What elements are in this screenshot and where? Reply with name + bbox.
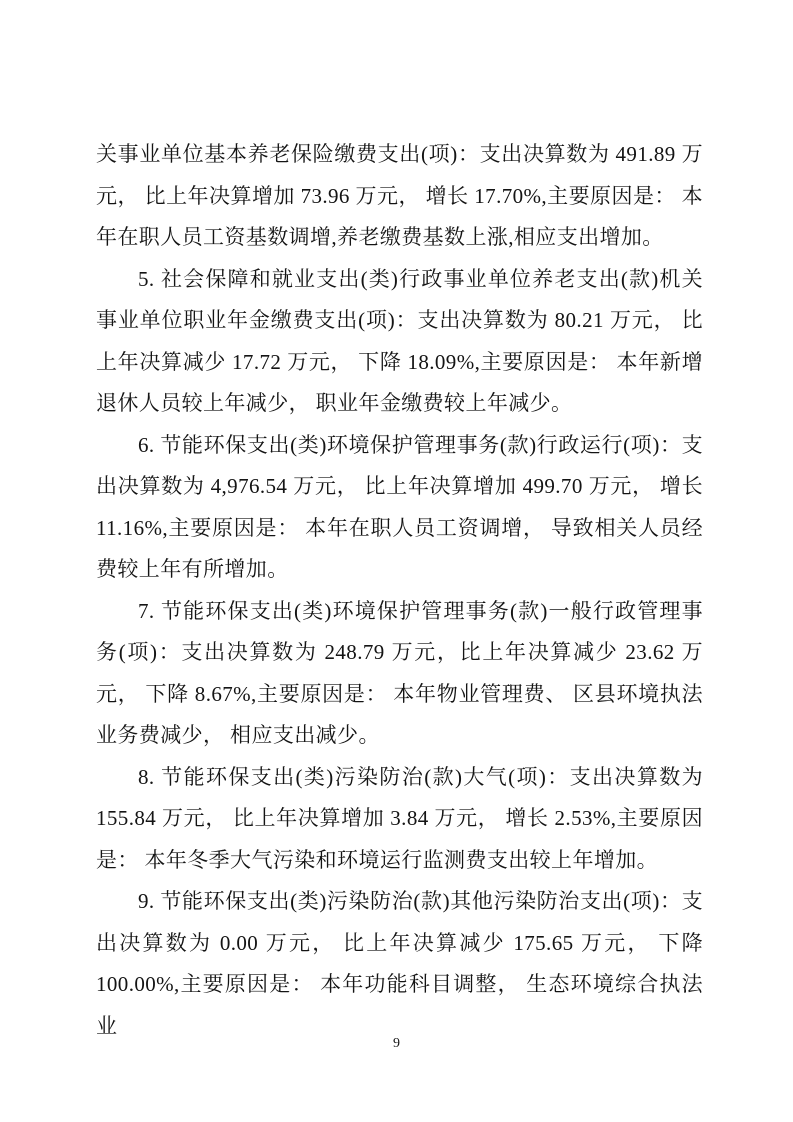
paragraph: 6. 节能环保支出(类)环境保护管理事务(款)行政运行(项)：支出决算数为 4,… [96, 425, 703, 591]
paragraph: 8. 节能环保支出(类)污染防治(款)大气(项)：支出决算数为 155.84 万… [96, 757, 703, 882]
paragraph: 关事业单位基本养老保险缴费支出(项)：支出决算数为 491.89 万元， 比上年… [96, 134, 703, 259]
page-number: 9 [0, 1036, 793, 1052]
document-page: 关事业单位基本养老保险缴费支出(项)：支出决算数为 491.89 万元， 比上年… [0, 0, 793, 1122]
paragraph: 7. 节能环保支出(类)环境保护管理事务(款)一般行政管理事务(项)：支出决算数… [96, 591, 703, 757]
paragraph: 5. 社会保障和就业支出(类)行政事业单位养老支出(款)机关事业单位职业年金缴费… [96, 259, 703, 425]
paragraph: 9. 节能环保支出(类)污染防治(款)其他污染防治支出(项)：支出决算数为 0.… [96, 881, 703, 1047]
text-content: 关事业单位基本养老保险缴费支出(项)：支出决算数为 491.89 万元， 比上年… [96, 134, 703, 1047]
